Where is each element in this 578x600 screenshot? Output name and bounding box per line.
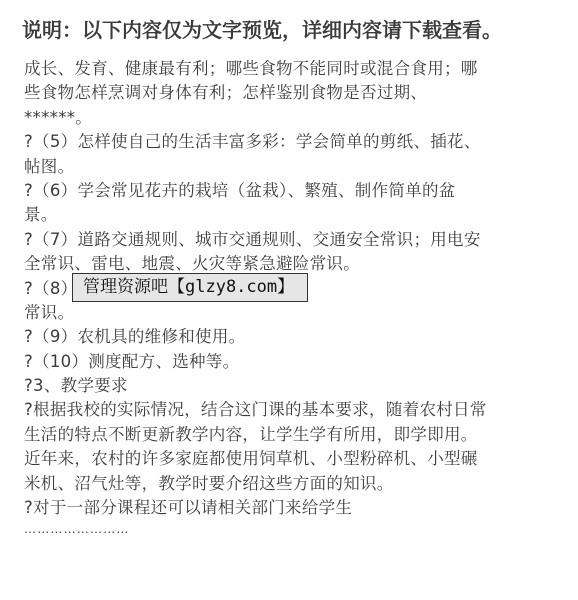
text-line: 景。 [24,203,549,227]
text-line: ******。 [24,106,549,130]
text-line: 近年来，农村的许多家庭都使用饲草机、小型粉碎机、小型碾 [24,447,549,471]
text-line: ?对于一部分课程还可以请相关部门来给学生 [24,496,549,520]
text-line: ?（6）学会常见花卉的栽培（盆栽）、繁殖、制作简单的盆 [24,179,549,203]
watermark-banner: 管理资源吧【glzy8.com】 [72,273,308,302]
text-line: ?3、教学要求 [24,374,549,398]
text-line: ?根据我校的实际情况，结合这门课的基本要求，随着农村日常 [24,398,549,422]
text-line: 些食物怎样烹调对身体有利；怎样鉴别食物是否过期、 [24,81,549,105]
text-line: 常识。 [24,301,549,325]
text-line: 成长、发育、健康最有利；哪些食物不能同时或混合食用；哪 [24,57,549,81]
text-line: 生活的特点不断更新教学内容，让学生学有所用，即学即用。 [24,423,549,447]
text-line: ?（9）农机具的维修和使用。 [24,325,549,349]
text-line: ?（5）怎样使自己的生活丰富多彩：学会简单的剪纸、插花、 [24,130,549,154]
text-line: ?（10）测度配方、选种等。 [24,350,549,374]
preview-notice: 说明：以下内容仅为文字预览，详细内容请下载查看。 [22,16,502,44]
text-line: ?（7）道路交通规则、城市交通规则、交通安全常识；用电安 [24,228,549,252]
text-line: 帖图。 [24,155,549,179]
text-line: 米机、沼气灶等，教学时要介绍这些方面的知识。 [24,472,549,496]
truncation-ellipsis: …………………… [24,522,549,536]
